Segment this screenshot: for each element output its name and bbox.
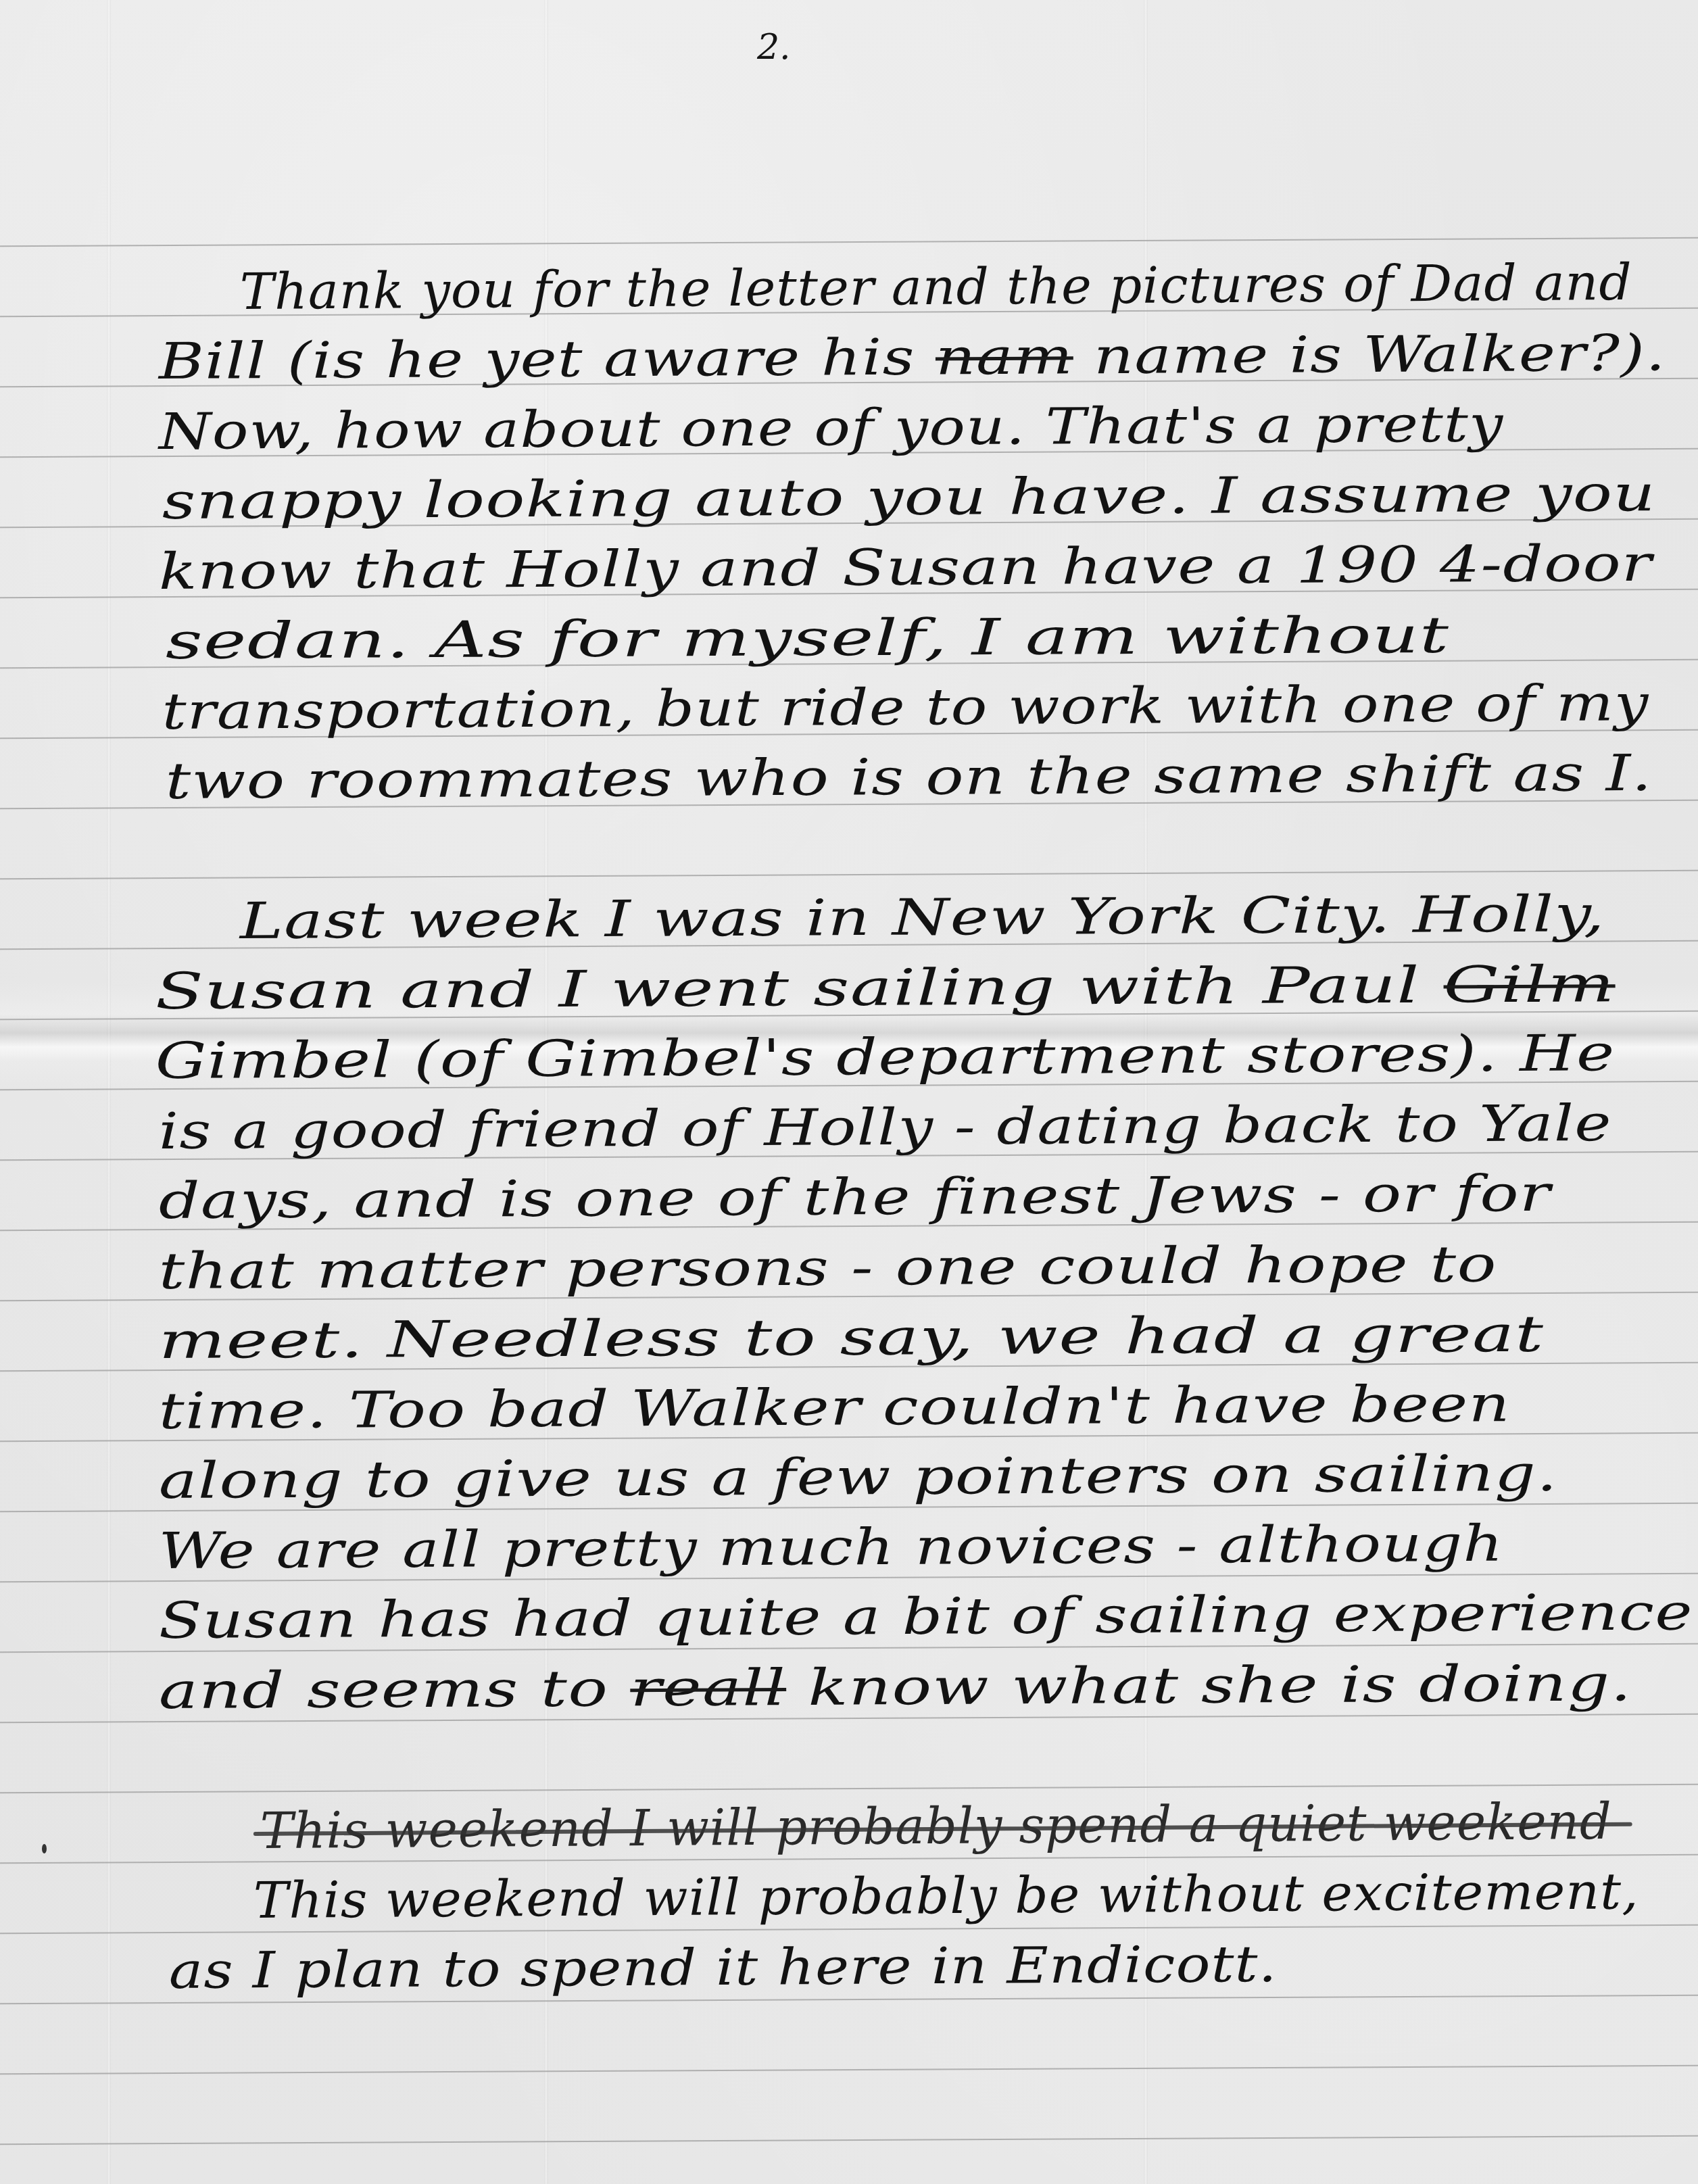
handwritten-line: days, and is one of the finest Jews - or… bbox=[158, 1169, 1551, 1226]
handwritten-line: two roommates who is on the same shift a… bbox=[165, 748, 1653, 806]
handwritten-text: that matter persons - one could hope to bbox=[158, 1235, 1497, 1301]
handwritten-text: as I plan to spend it here in Endicott. bbox=[168, 1935, 1278, 1999]
handwritten-line: along to give us a few pointers on saili… bbox=[158, 1449, 1558, 1506]
handwritten-text: sedan. As for myself, I am without bbox=[165, 606, 1450, 671]
handwritten-text: We are all pretty much novices - althoug… bbox=[158, 1514, 1504, 1580]
margin-mark bbox=[42, 1844, 47, 1853]
ruled-line bbox=[0, 870, 1698, 879]
handwritten-line: meet. Needless to say, we had a great bbox=[158, 1309, 1545, 1366]
handwritten-text: two roommates who is on the same shift a… bbox=[165, 744, 1653, 810]
struck-out-line: This weekend I will probably spend a qui… bbox=[260, 1796, 1611, 1855]
handwritten-line: snappy looking auto you have. I assume y… bbox=[162, 468, 1656, 527]
handwritten-line: Thank you for the letter and the picture… bbox=[239, 257, 1632, 316]
handwritten-line: Gimbel (of Gimbel's department stores). … bbox=[155, 1028, 1616, 1086]
ruled-line bbox=[0, 237, 1698, 247]
handwritten-text: know that Holly and Susan have a 190 4-d… bbox=[158, 534, 1653, 600]
handwritten-text: time. Too bad Walker couldn't have been bbox=[158, 1375, 1511, 1440]
handwritten-text: and seems to bbox=[158, 1659, 630, 1720]
handwritten-text: Now, how about one of you. That's a pret… bbox=[158, 395, 1504, 461]
handwritten-line: time. Too bad Walker couldn't have been bbox=[158, 1379, 1511, 1436]
handwritten-line: sedan. As for myself, I am without bbox=[165, 610, 1450, 666]
handwritten-text: know what she is doing. bbox=[786, 1654, 1632, 1717]
handwritten-line: is a good friend of Holly - dating back … bbox=[158, 1098, 1612, 1156]
paper-fold bbox=[107, 0, 111, 2184]
handwritten-text: Susan and I went sailing with Paul bbox=[155, 956, 1444, 1020]
handwritten-line: know that Holly and Susan have a 190 4-d… bbox=[158, 538, 1653, 596]
struck-out-word: nam bbox=[936, 327, 1074, 386]
handwritten-text: meet. Needless to say, we had a great bbox=[158, 1305, 1545, 1370]
struck-out-word: reall bbox=[630, 1659, 787, 1718]
ruled-line bbox=[0, 2065, 1698, 2074]
handwritten-text: days, and is one of the finest Jews - or… bbox=[158, 1165, 1551, 1230]
handwritten-text: name is Walker?). bbox=[1073, 324, 1666, 385]
handwritten-text: Thank you for the letter and the picture… bbox=[239, 253, 1632, 320]
handwritten-line: We are all pretty much novices - althoug… bbox=[158, 1518, 1504, 1576]
page-number: 2. bbox=[757, 27, 791, 68]
ruled-line bbox=[0, 2135, 1698, 2145]
handwritten-text: This weekend will probably be without ex… bbox=[253, 1862, 1639, 1930]
handwritten-text: Gimbel (of Gimbel's department stores). … bbox=[155, 1024, 1616, 1090]
handwritten-text: Susan has had quite a bit of sailing exp… bbox=[158, 1583, 1693, 1650]
struck-out-word: Gilm bbox=[1443, 955, 1616, 1014]
handwritten-line: as I plan to spend it here in Endicott. bbox=[168, 1939, 1278, 1995]
handwritten-line: Susan has had quite a bit of sailing exp… bbox=[158, 1587, 1693, 1646]
handwritten-line: and seems to reall know what she is doin… bbox=[158, 1658, 1632, 1716]
handwritten-line: that matter persons - one could hope to bbox=[158, 1239, 1497, 1296]
handwritten-text: snappy looking auto you have. I assume y… bbox=[162, 464, 1656, 531]
handwritten-line: Last week I was in New York City. Holly, bbox=[239, 889, 1605, 946]
handwritten-line: Susan and I went sailing with Paul Gilm bbox=[155, 959, 1616, 1017]
handwritten-line: Now, how about one of you. That's a pret… bbox=[158, 399, 1504, 457]
handwritten-line: transportation, but ride to work with on… bbox=[162, 678, 1649, 737]
handwritten-text: along to give us a few pointers on saili… bbox=[158, 1445, 1558, 1510]
handwritten-text: transportation, but ride to work with on… bbox=[162, 674, 1649, 741]
ruled-line bbox=[0, 1784, 1698, 1793]
handwritten-text: Last week I was in New York City. Holly, bbox=[239, 885, 1605, 950]
handwritten-line: Bill (is he yet aware his nam name is Wa… bbox=[158, 328, 1666, 387]
handwritten-text: is a good friend of Holly - dating back … bbox=[158, 1094, 1612, 1160]
handwritten-text: This weekend I will probably spend a qui… bbox=[260, 1792, 1612, 1860]
letter-page: 2. Thank you for the letter and the pict… bbox=[0, 0, 1698, 2184]
handwritten-line: This weekend will probably be without ex… bbox=[253, 1866, 1639, 1926]
handwritten-text: Bill (is he yet aware his bbox=[158, 329, 936, 391]
